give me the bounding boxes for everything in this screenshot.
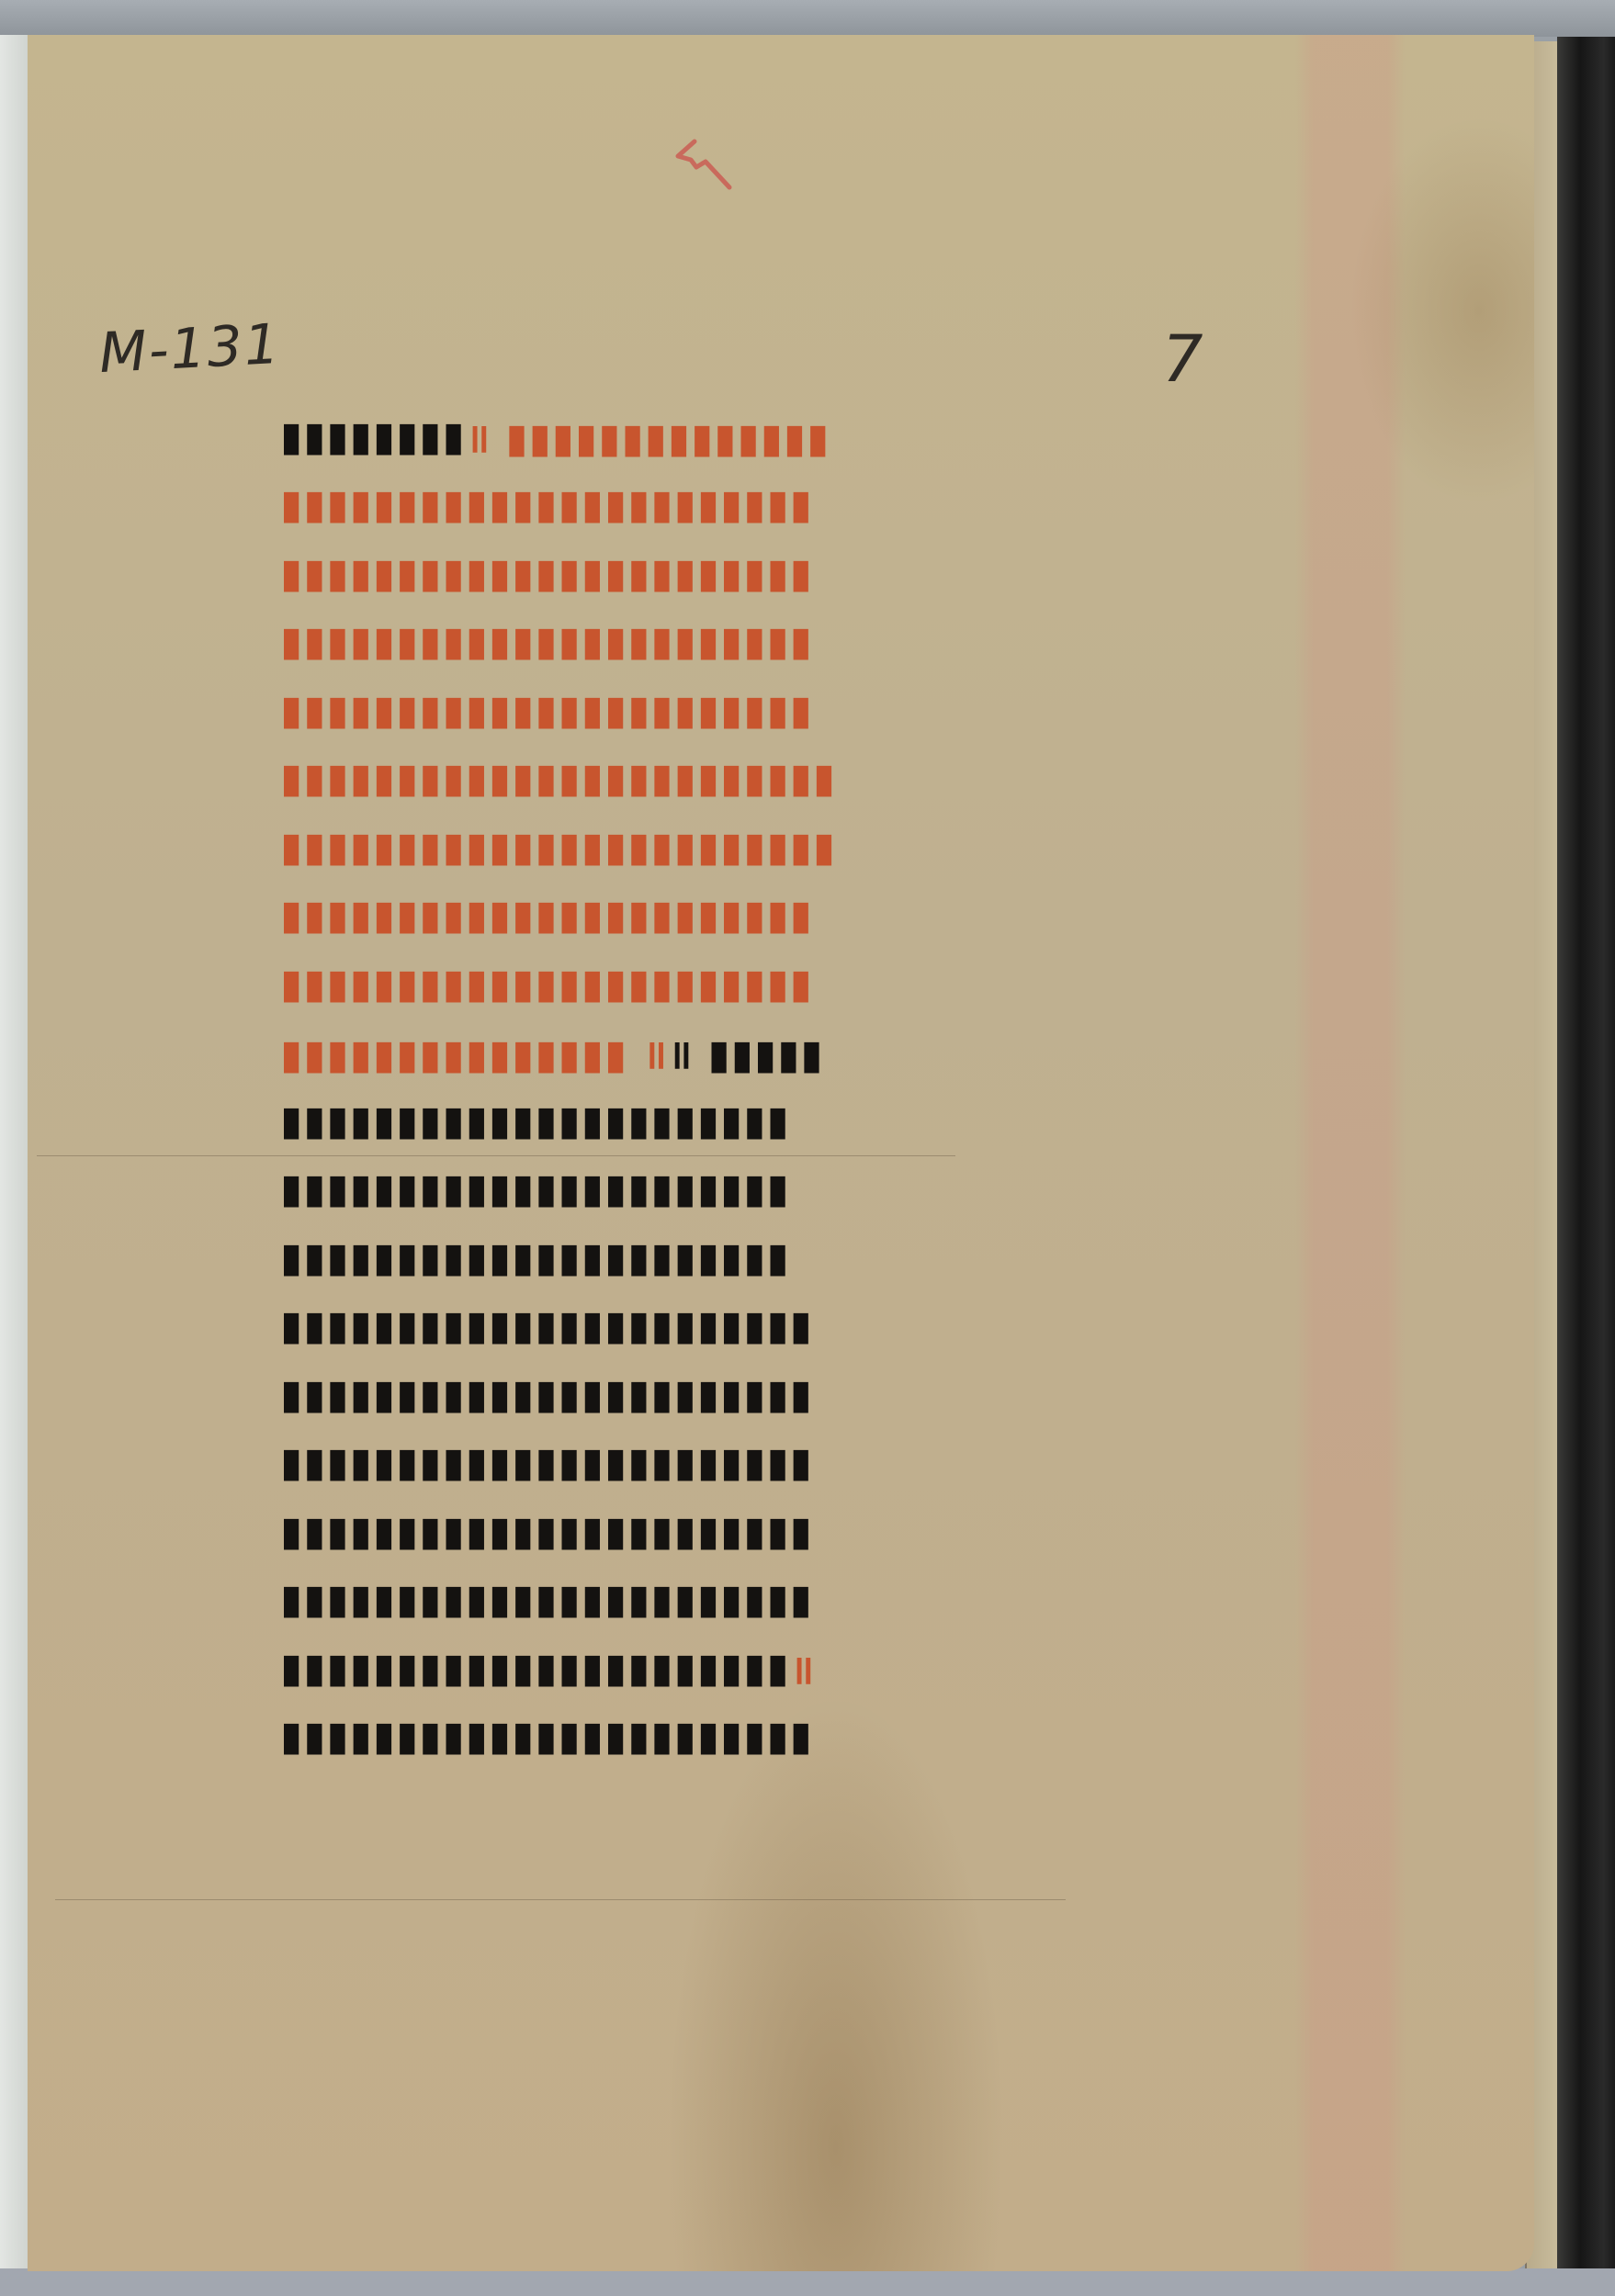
manuscript-line: ▮▮▮▮▮▮▮▮▮▮▮▮▮▮▮▮▮▮▮▮▮▮ <box>280 1086 1180 1155</box>
red-pencil-mark-icon <box>669 136 733 191</box>
manuscript-line: ▮▮▮▮▮▮▮▮▮▮▮▮▮▮▮▮▮▮▮▮▮▮▮ <box>280 1497 1180 1566</box>
scan-background-bottom <box>0 2268 1615 2296</box>
rubric-text: ▮▮▮▮▮▮▮▮▮▮▮▮▮▮▮▮▮▮▮▮▮▮▮▮ <box>280 824 836 871</box>
body-text: ▮▮▮▮▮▮▮▮▮▮▮▮▮▮▮▮▮▮▮▮▮▮▮ <box>280 1371 813 1418</box>
book-binding <box>1557 37 1615 2278</box>
manuscript-line: ▮▮▮▮▮▮▮▮ ॥ ▮▮▮▮▮▮▮▮▮▮▮▮▮▮ <box>280 402 1180 471</box>
manuscript-line: ▮▮▮▮▮▮▮▮▮▮▮▮▮▮▮▮▮▮▮▮▮▮▮▮ <box>280 813 1180 882</box>
rubric-text: ▮▮▮▮▮▮▮▮▮▮▮▮▮▮▮▮▮▮▮▮▮▮▮ <box>280 687 813 734</box>
rubric-text: ▮▮▮▮▮▮▮▮▮▮▮▮▮▮▮▮▮▮▮▮▮▮▮ <box>280 618 813 665</box>
rubric-text: ▮▮▮▮▮▮▮▮▮▮▮▮▮▮▮▮▮▮▮▮▮▮▮ <box>280 550 813 597</box>
manuscript-line: ▮▮▮▮▮▮▮▮▮▮▮▮▮▮▮▮▮▮▮▮▮▮▮ <box>280 950 1180 1019</box>
body-text: ▮▮▮▮▮▮▮▮▮▮▮▮▮▮▮▮▮▮▮▮▮▮ <box>280 1165 790 1212</box>
body-text: ▮▮▮▮▮▮▮▮▮▮▮▮▮▮▮▮▮▮▮▮▮▮▮ <box>280 1302 813 1349</box>
body-text: ▮▮▮▮▮▮▮▮▮▮▮▮▮▮▮▮▮▮▮▮▮▮▮ <box>280 1439 813 1486</box>
manuscript-line: ▮▮▮▮▮▮▮▮▮▮▮▮▮▮▮▮▮▮▮▮▮▮▮ <box>280 1429 1180 1498</box>
manuscript-line: ▮▮▮▮▮▮▮▮▮▮▮▮▮▮▮▮▮▮▮▮▮▮ <box>280 1223 1180 1292</box>
flyleaf-edge <box>0 35 29 2285</box>
scan-background-top <box>0 0 1615 37</box>
manuscript-line: ▮▮▮▮▮▮▮▮▮▮▮▮▮▮▮▮▮▮▮▮▮▮▮ <box>280 1703 1180 1772</box>
body-text: ▮▮▮▮▮▮▮▮▮▮▮▮▮▮▮▮▮▮▮▮▮▮ <box>280 1234 790 1281</box>
body-text: ▮▮▮▮▮▮▮▮▮▮▮▮▮▮▮▮▮▮▮▮▮▮ <box>280 1645 790 1692</box>
rubric-text: ▮▮▮▮▮▮▮▮▮▮▮▮▮▮▮▮▮▮▮▮▮▮▮ <box>280 892 813 939</box>
rubric-text: ▮▮▮▮▮▮▮▮▮▮▮▮▮▮▮▮▮▮▮▮▮▮▮ <box>280 481 813 528</box>
manuscript-line: ▮▮▮▮▮▮▮▮▮▮▮▮▮▮▮▮▮▮▮▮▮▮▮▮ <box>280 745 1180 814</box>
rubric-text: ▮▮▮▮▮▮▮▮▮▮▮▮▮▮▮ ॥ <box>280 1025 668 1080</box>
manuscript-line: ▮▮▮▮▮▮▮▮▮▮▮▮▮▮▮▮▮▮▮▮▮▮ ॥ <box>280 1634 1180 1703</box>
manuscript-line: ▮▮▮▮▮▮▮▮▮▮▮▮▮▮▮▮▮▮▮▮▮▮▮ <box>280 1360 1180 1429</box>
shelfmark-annotation: M-131 <box>97 312 282 386</box>
body-text: ▮▮▮▮▮▮▮▮ <box>280 413 466 460</box>
rubric-text: ॥ <box>790 1640 815 1695</box>
rubric-text: ॥ ▮▮▮▮▮▮▮▮▮▮▮▮▮▮ <box>466 409 830 464</box>
body-text: ॥ ▮▮▮▮▮ <box>668 1025 824 1080</box>
rubric-text: ▮▮▮▮▮▮▮▮▮▮▮▮▮▮▮▮▮▮▮▮▮▮▮ <box>280 961 813 1007</box>
folio-number: 7 <box>1162 321 1203 397</box>
manuscript-line: ▮▮▮▮▮▮▮▮▮▮▮▮▮▮▮▮▮▮▮▮▮▮▮ <box>280 1566 1180 1635</box>
manuscript-line: ▮▮▮▮▮▮▮▮▮▮▮▮▮▮▮▮▮▮▮▮▮▮▮ <box>280 471 1180 540</box>
body-text: ▮▮▮▮▮▮▮▮▮▮▮▮▮▮▮▮▮▮▮▮▮▮▮ <box>280 1576 813 1623</box>
body-text: ▮▮▮▮▮▮▮▮▮▮▮▮▮▮▮▮▮▮▮▮▮▮ <box>280 1097 790 1144</box>
manuscript-line: ▮▮▮▮▮▮▮▮▮▮▮▮▮▮▮▮▮▮▮▮▮▮▮ <box>280 608 1180 677</box>
body-text: ▮▮▮▮▮▮▮▮▮▮▮▮▮▮▮▮▮▮▮▮▮▮▮ <box>280 1713 813 1760</box>
manuscript-line: ▮▮▮▮▮▮▮▮▮▮▮▮▮▮▮▮▮▮▮▮▮▮▮ <box>280 1292 1180 1361</box>
manuscript-line: ▮▮▮▮▮▮▮▮▮▮▮▮▮▮▮▮▮▮▮▮▮▮ <box>280 1155 1180 1224</box>
manuscript-line: ▮▮▮▮▮▮▮▮▮▮▮▮▮▮▮▮▮▮▮▮▮▮▮ <box>280 539 1180 608</box>
manuscript-line: ▮▮▮▮▮▮▮▮▮▮▮▮▮▮▮▮▮▮▮▮▮▮▮ <box>280 676 1180 745</box>
body-text: ▮▮▮▮▮▮▮▮▮▮▮▮▮▮▮▮▮▮▮▮▮▮▮ <box>280 1508 813 1555</box>
rubric-text: ▮▮▮▮▮▮▮▮▮▮▮▮▮▮▮▮▮▮▮▮▮▮▮▮ <box>280 755 836 802</box>
paper-crease <box>55 1899 1066 1900</box>
manuscript-line: ▮▮▮▮▮▮▮▮▮▮▮▮▮▮▮ ॥ ॥ ▮▮▮▮▮ <box>280 1019 1180 1087</box>
manuscript-text-block: ▮▮▮▮▮▮▮▮ ॥ ▮▮▮▮▮▮▮▮▮▮▮▮▮▮▮▮▮▮▮▮▮▮▮▮▮▮▮▮▮… <box>280 402 1180 1771</box>
manuscript-line: ▮▮▮▮▮▮▮▮▮▮▮▮▮▮▮▮▮▮▮▮▮▮▮ <box>280 882 1180 951</box>
